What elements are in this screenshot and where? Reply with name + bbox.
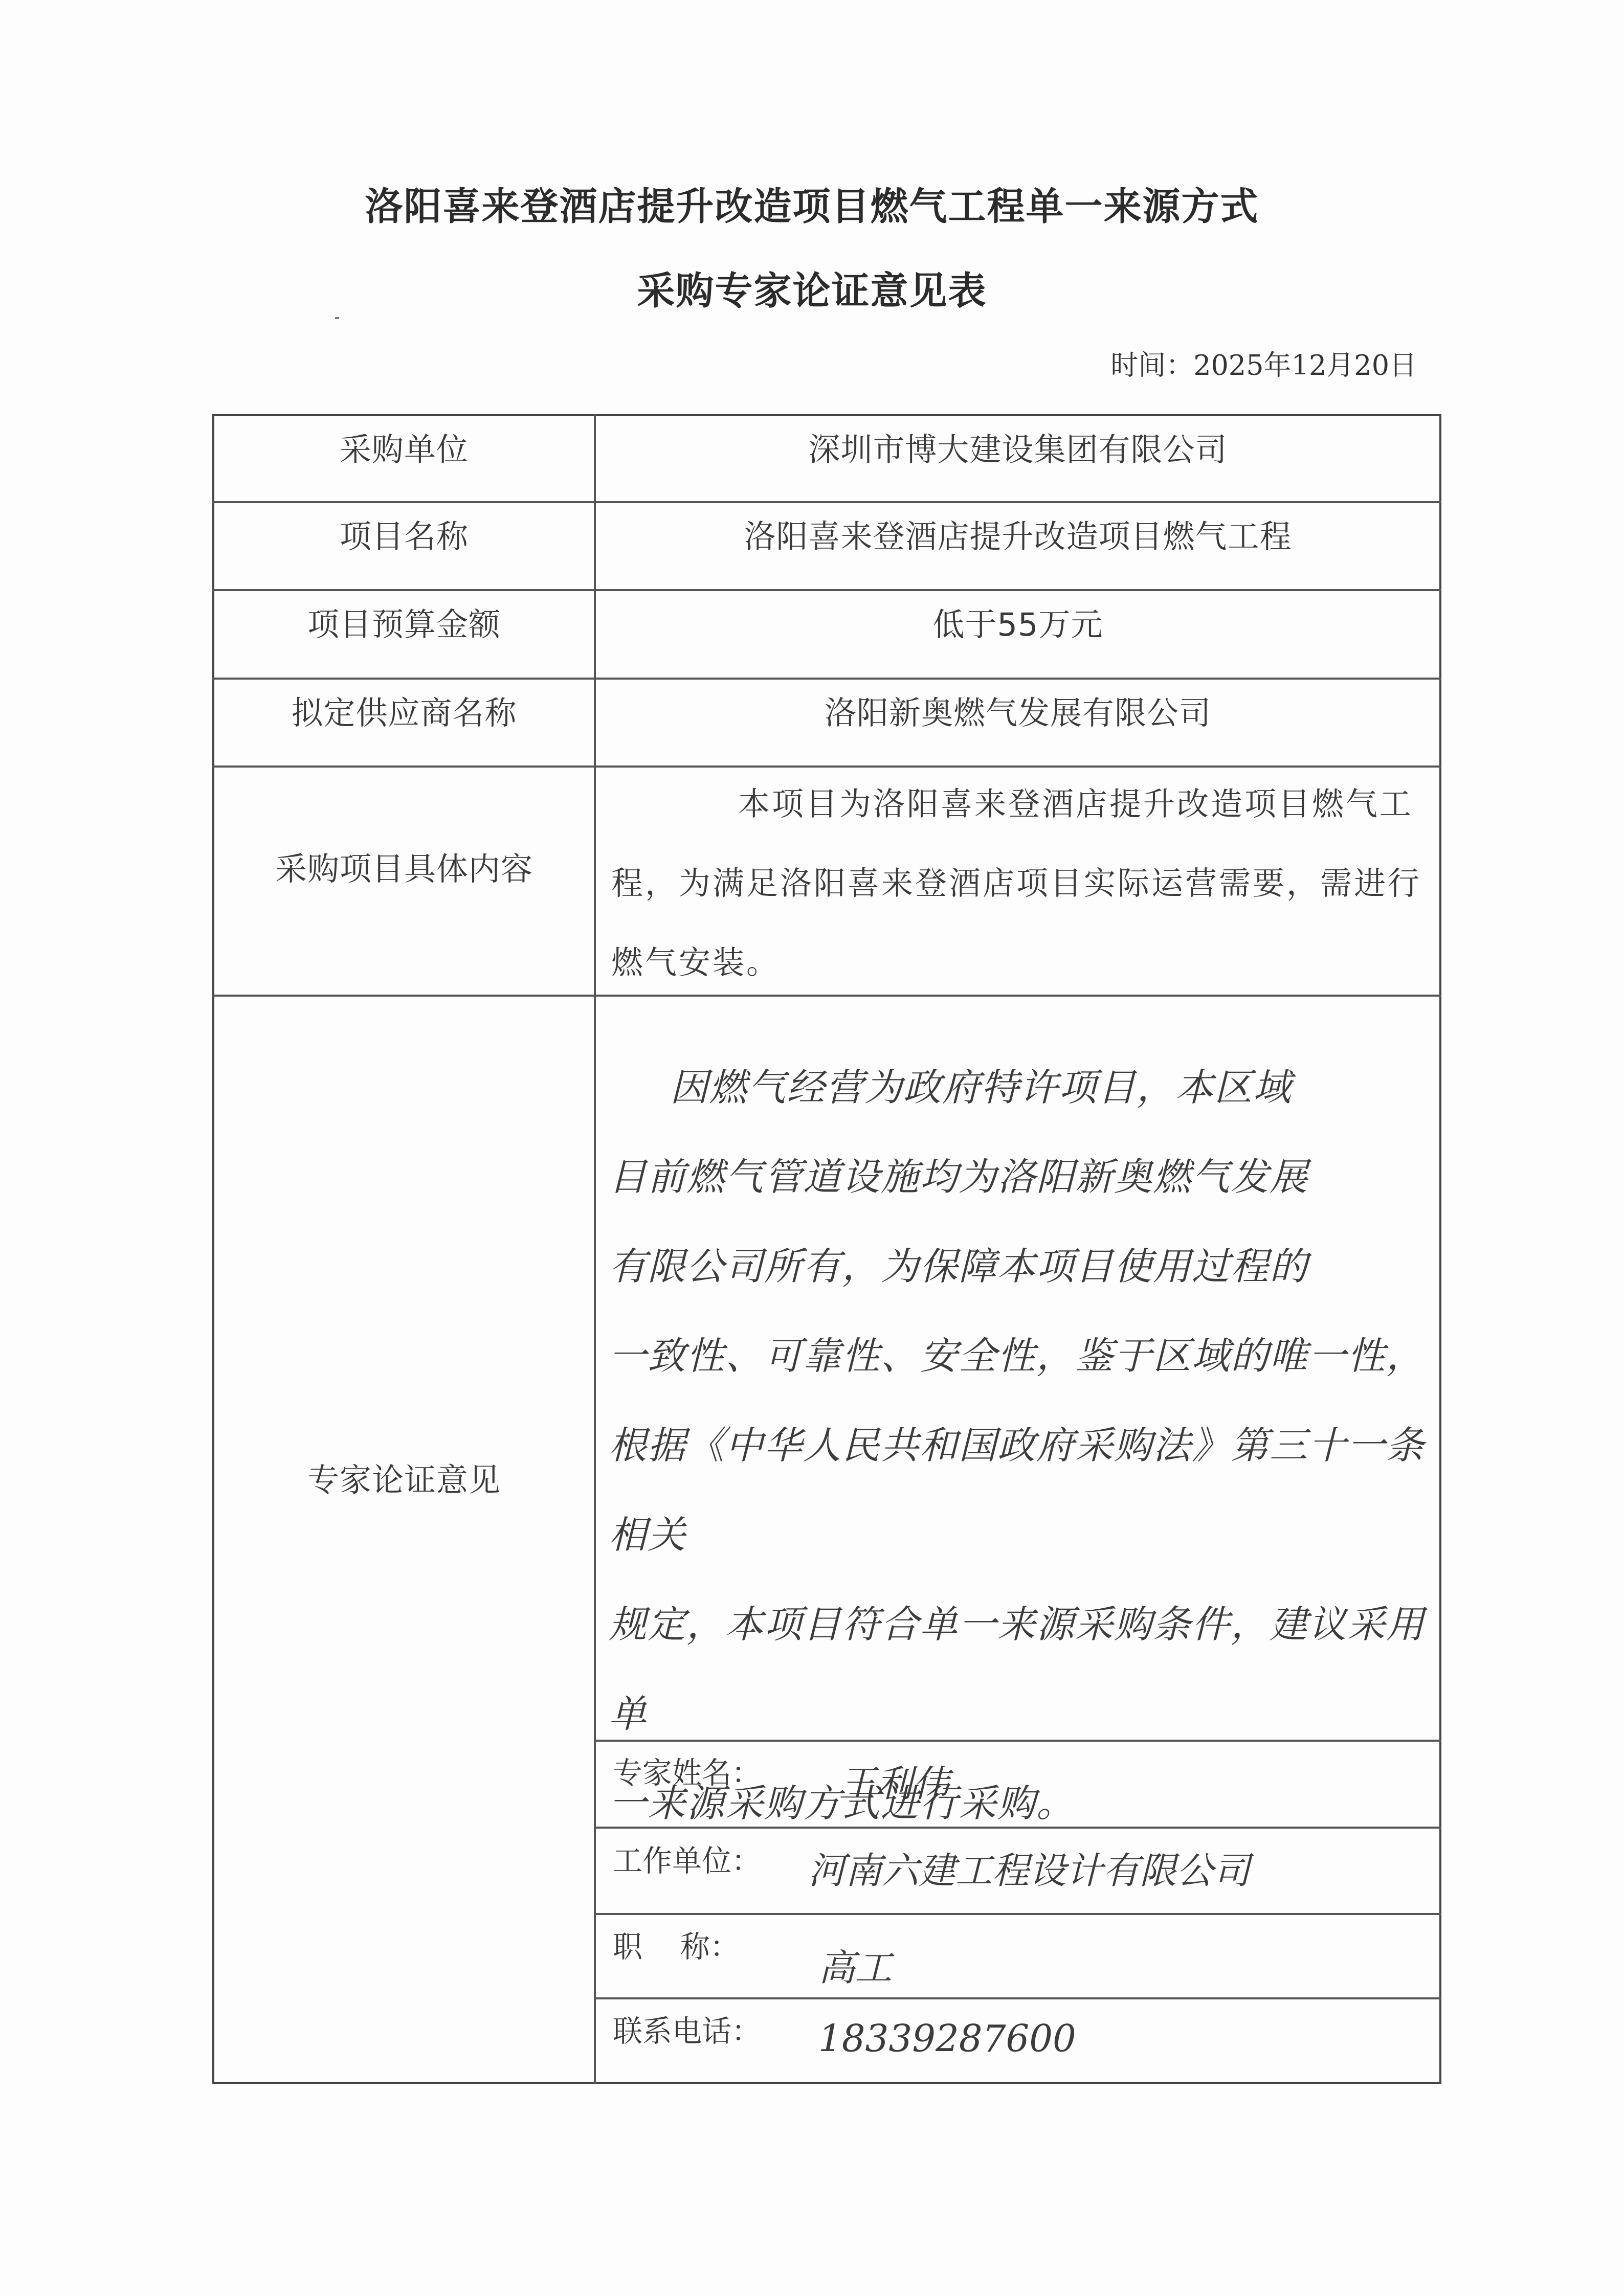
- value-project-name: 洛阳喜来登酒店提升改造项目燃气工程: [596, 511, 1440, 557]
- subrow-divider: [594, 1997, 1441, 1999]
- label-purchasing-unit: 采购单位: [214, 424, 594, 470]
- handwritten-line: 有限公司所有，为保障本项目使用过程的: [609, 1222, 1437, 1312]
- row-divider: [212, 501, 1441, 503]
- row-divider: [212, 678, 1441, 680]
- handwritten-line: 因燃气经营为政府特许项目，本区域: [609, 1043, 1437, 1133]
- label-expert-name: 专家姓名：: [613, 1749, 761, 1792]
- label-contact-phone: 联系电话：: [613, 2007, 761, 2050]
- value-contact-phone: 18339287600: [818, 2017, 1076, 2060]
- value-expert-name-signature: 王利伟: [839, 1754, 949, 1807]
- value-budget: 低于55万元: [596, 599, 1440, 645]
- label-budget: 项目预算金额: [214, 599, 594, 645]
- label-proposed-supplier: 拟定供应商名称: [214, 688, 594, 733]
- handwritten-line: 根据《中华人民共和国政府采购法》第三十一条相关: [609, 1401, 1437, 1580]
- row-divider: [212, 589, 1441, 591]
- value-job-title: 高工: [818, 1938, 892, 1991]
- handwritten-line: 目前燃气管道设施均为洛阳新奥燃气发展: [609, 1133, 1437, 1222]
- value-work-unit: 河南六建工程设计有限公司: [808, 1841, 1250, 1894]
- label-project-name: 项目名称: [214, 511, 594, 557]
- document-date: 时间：2025年12月20日: [1110, 344, 1417, 383]
- document-title-line2: 采购专家论证意见表: [0, 261, 1624, 315]
- expert-opinion-handwriting: 因燃气经营为政府特许项目，本区域 目前燃气管道设施均为洛阳新奥燃气发展 有限公司…: [609, 1043, 1437, 1849]
- label-job-title: 职 称：: [613, 1923, 740, 1966]
- label-work-unit: 工作单位：: [613, 1837, 761, 1880]
- value-project-content: 本项目为洛阳喜来登酒店提升改造项目燃气工程，为满足洛阳喜来登酒店项目实际运营需要…: [611, 764, 1430, 1002]
- value-purchasing-unit: 深圳市博大建设集团有限公司: [596, 424, 1440, 470]
- handwritten-line: 一致性、可靠性、安全性，鉴于区域的唯一性，: [609, 1312, 1437, 1401]
- value-proposed-supplier: 洛阳新奥燃气发展有限公司: [596, 688, 1440, 733]
- label-project-content: 采购项目具体内容: [214, 844, 594, 889]
- scan-speck: [335, 317, 339, 319]
- subrow-divider: [594, 1913, 1441, 1915]
- label-expert-opinion: 专家论证意见: [214, 1455, 594, 1500]
- document-title-line1: 洛阳喜来登酒店提升改造项目燃气工程单一来源方式: [0, 176, 1624, 231]
- column-divider: [594, 414, 596, 2084]
- handwritten-line: 规定，本项目符合单一来源采购条件，建议采用单: [609, 1580, 1437, 1759]
